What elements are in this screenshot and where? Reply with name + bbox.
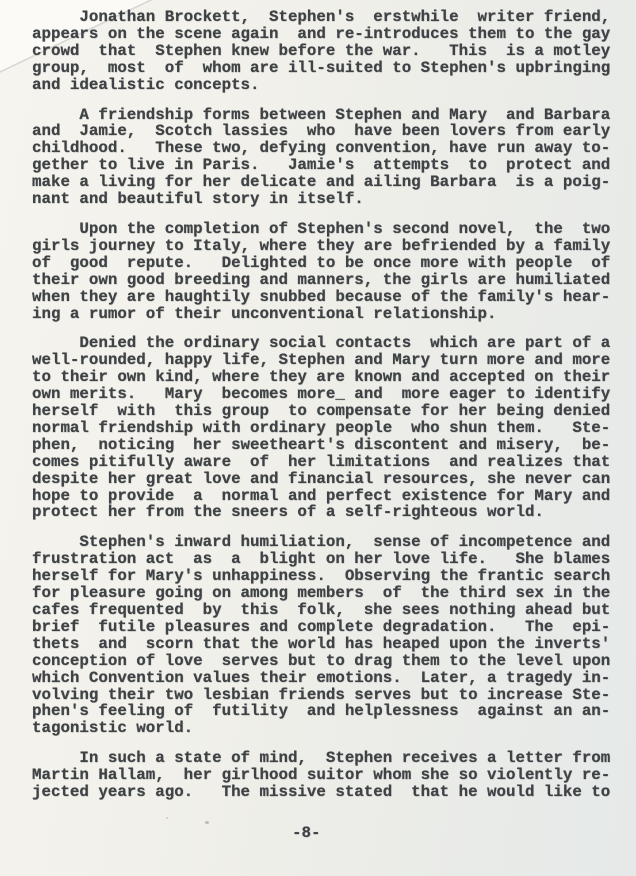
- paragraph: Denied the ordinary social contacts whic…: [32, 335, 617, 521]
- paragraph: In such a state of mind, Stephen receive…: [32, 750, 617, 801]
- paragraph: A friendship forms between Stephen and M…: [32, 107, 617, 208]
- paragraph: Upon the completion of Stephen's second …: [32, 221, 617, 322]
- document-text: Jonathan Brockett, Stephen's erstwhile w…: [32, 9, 617, 842]
- page-footer: -8-: [32, 825, 617, 842]
- paragraph: Jonathan Brockett, Stephen's erstwhile w…: [32, 9, 617, 94]
- paragraph: Stephen's inward humiliation, sense of i…: [32, 534, 617, 737]
- page-number: -8-: [292, 824, 320, 842]
- document-page: Jonathan Brockett, Stephen's erstwhile w…: [0, 0, 636, 876]
